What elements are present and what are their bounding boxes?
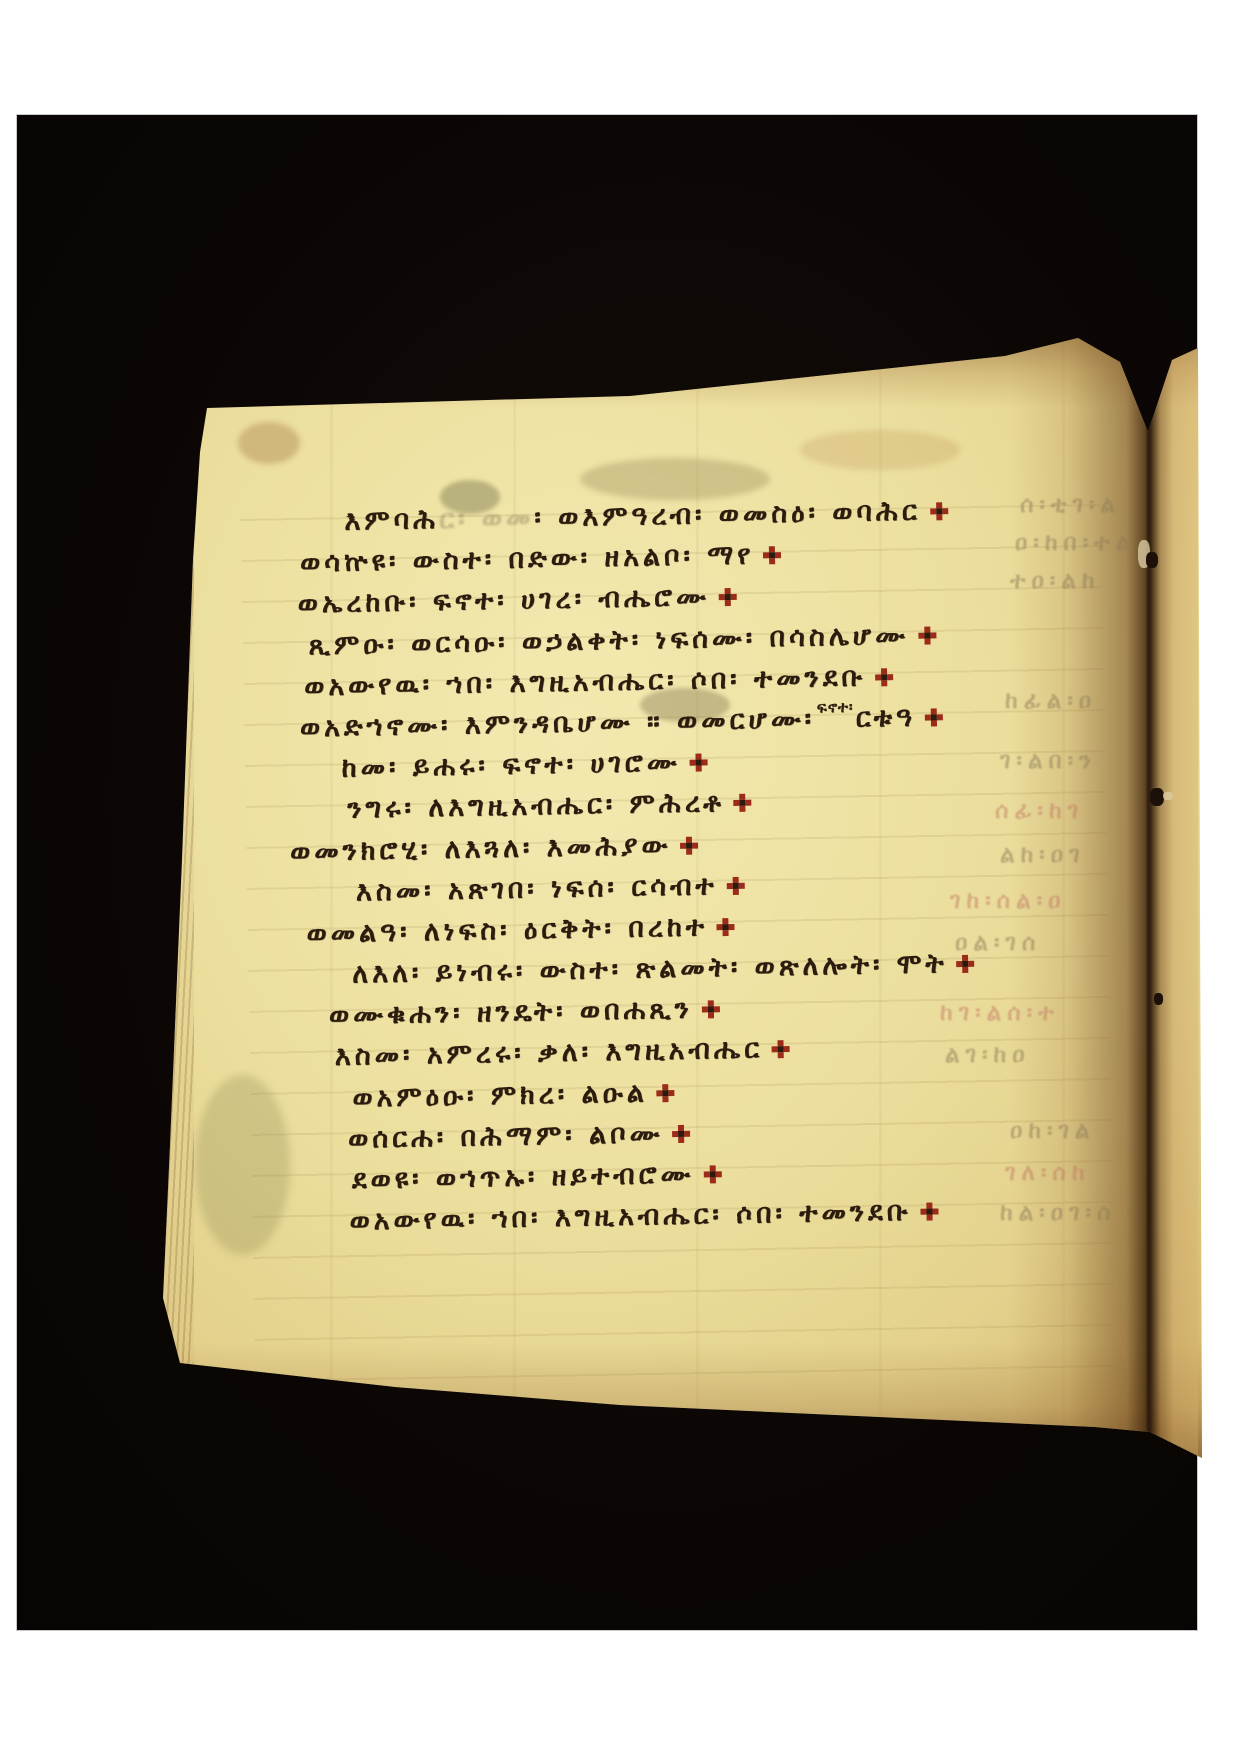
text-segment: ወሰርሐ፡ በሕማም፡ ልቦሙ	[348, 1118, 664, 1154]
text-segment: ንግሩ፡ ለእግዚአብሔር፡ ምሕረቶ	[347, 787, 725, 825]
text-segment: ወሙቁሐን፡ ዘንዴት፡ ወበሐጺን	[329, 994, 693, 1031]
stain	[800, 430, 960, 470]
text-segment: ጺምዑ፡ ወርሳዑ፡ ወኃልቀት፡ ነፍሰሙ፡ በሳስሌሆሙ	[308, 619, 909, 660]
text-segment: ወመንክሮሂ፡ ለእጓለ፡ እመሕያው	[290, 830, 672, 868]
ghost-text-row: ከፊል፡ዐ	[1005, 688, 1097, 714]
text-segment: ወአድኀኖሙ፡ እምንዳቤሆሙ ። ወመርሆሙ፡	[300, 703, 816, 743]
stain	[238, 422, 300, 464]
ghost-text-row: ከገ፡ልሰ፡ተ	[940, 1000, 1060, 1026]
cross-separator-icon	[734, 794, 753, 813]
text-segment: ወአምዕዑ፡ ምክረ፡ ልዑል	[352, 1077, 648, 1113]
cross-separator-icon	[689, 754, 708, 773]
ghost-text-row: ገከ፡ሰል፡ዐ	[950, 888, 1067, 914]
cross-separator-icon	[918, 626, 937, 645]
ghost-text-row: ገ፡ልበ፡ን	[1000, 748, 1097, 774]
cross-separator-icon	[875, 668, 894, 687]
cross-separator-icon	[703, 1165, 722, 1184]
text-segment: ለእለ፡ ይነብሩ፡ ውስተ፡ ጽልመት፡ ወጽለሎት፡ ሞት	[352, 948, 948, 989]
cross-separator-icon	[956, 955, 975, 974]
faded-text-segment: ር፡ ወመ	[439, 502, 535, 535]
page-left-edge-layers	[160, 400, 194, 1390]
binding-thread	[1163, 792, 1173, 800]
text-segment: ወሳኵዩ፡ ውስተ፡ በድው፡ ዘአልቦ፡ ማየ	[300, 540, 755, 579]
text-segment: ርቱዓ	[855, 702, 916, 734]
text-segment: ወአውየዉ፡ ኀበ፡ እግዚአብሔር፡ ሶበ፡ ተመንደቡ	[304, 661, 867, 702]
ghost-text-row: ገለ፡ሰከ	[1005, 1160, 1091, 1186]
ghost-text-row: ሰፊ፡ከገ	[995, 798, 1084, 824]
stitch-hole	[1150, 788, 1164, 806]
text-segment: ወአውየዉ፡ ኀበ፡ እግዚአብሔር፡ ሶበ፡ ተመንደቡ	[349, 1196, 912, 1237]
cross-separator-icon	[763, 546, 782, 565]
cross-separator-icon	[772, 1040, 791, 1059]
text-segment: እስመ፡ አጽገበ፡ ነፍሰ፡ ርሳብተ	[356, 870, 718, 907]
cross-separator-icon	[702, 1000, 721, 1019]
text-segment: እስመ፡ አምረሩ፡ ቃለ፡ እግዚአብሔር	[334, 1034, 763, 1072]
stitch-hole	[1146, 552, 1158, 568]
text-segment: ወመልዓ፡ ለነፍስ፡ ዕርቅት፡ በረከተ	[306, 911, 708, 949]
photo-background: እምባሕር፡ ወመ፡ ወእምዓረብ፡ ወመስዕ፡ ወባሕርወሳኵዩ፡ ውስተ፡ …	[17, 115, 1197, 1630]
cross-separator-icon	[719, 588, 738, 607]
stitch-hole	[1154, 993, 1163, 1005]
ghost-text-row: ዐል፡ገሰ	[955, 930, 1041, 956]
ghost-text-row: ተዐ፡ልከ	[1010, 568, 1101, 594]
manuscript-page: እምባሕር፡ ወመ፡ ወእምዓረብ፡ ወመስዕ፡ ወባሕርወሳኵዩ፡ ውስተ፡ …	[150, 330, 1206, 1470]
cross-separator-icon	[717, 918, 736, 937]
ghost-text-row: ልከ፡ዐገ	[1000, 842, 1086, 868]
cross-separator-icon	[657, 1084, 676, 1103]
cross-separator-icon	[925, 708, 944, 727]
ghost-text-row: ሰ፡ቲገ፡ል	[1020, 492, 1121, 518]
cross-separator-icon	[672, 1125, 691, 1144]
gutter-crease-line	[1147, 358, 1150, 1462]
cross-separator-icon	[726, 876, 745, 895]
cross-separator-icon	[920, 1203, 939, 1222]
ghost-text-row: ዐከ፡ገል	[1010, 1118, 1096, 1144]
ghost-text-row: ከል፡ዐገ፡ሰ	[1000, 1200, 1117, 1226]
ghost-text-row: ልገ፡ከዐ	[945, 1042, 1031, 1068]
ghost-text-row: ዐ፡ከበ፡ተል	[1015, 530, 1136, 556]
cross-separator-icon	[930, 502, 949, 521]
text-segment: እምባሕ	[344, 504, 439, 537]
text-segment: ወኤረከቡ፡ ፍኖተ፡ ሀገረ፡ ብሔሮሙ	[298, 582, 711, 620]
text-segment: ፡ ወእምዓረብ፡ ወመስዕ፡ ወባሕር	[534, 496, 921, 534]
text-segment: ከመ፡ ይሐሩ፡ ፍኖተ፡ ሀገሮሙ	[341, 747, 680, 784]
cross-separator-icon	[680, 836, 699, 855]
geez-text-block: እምባሕር፡ ወመ፡ ወእምዓረብ፡ ወመስዕ፡ ወባሕርወሳኵዩ፡ ውስተ፡ …	[270, 488, 1095, 1243]
text-segment: ደወዩ፡ ወኀጥኡ፡ ዘይተብሮሙ	[352, 1159, 695, 1196]
superscript-gloss: ፍኖተ፡	[817, 698, 854, 717]
